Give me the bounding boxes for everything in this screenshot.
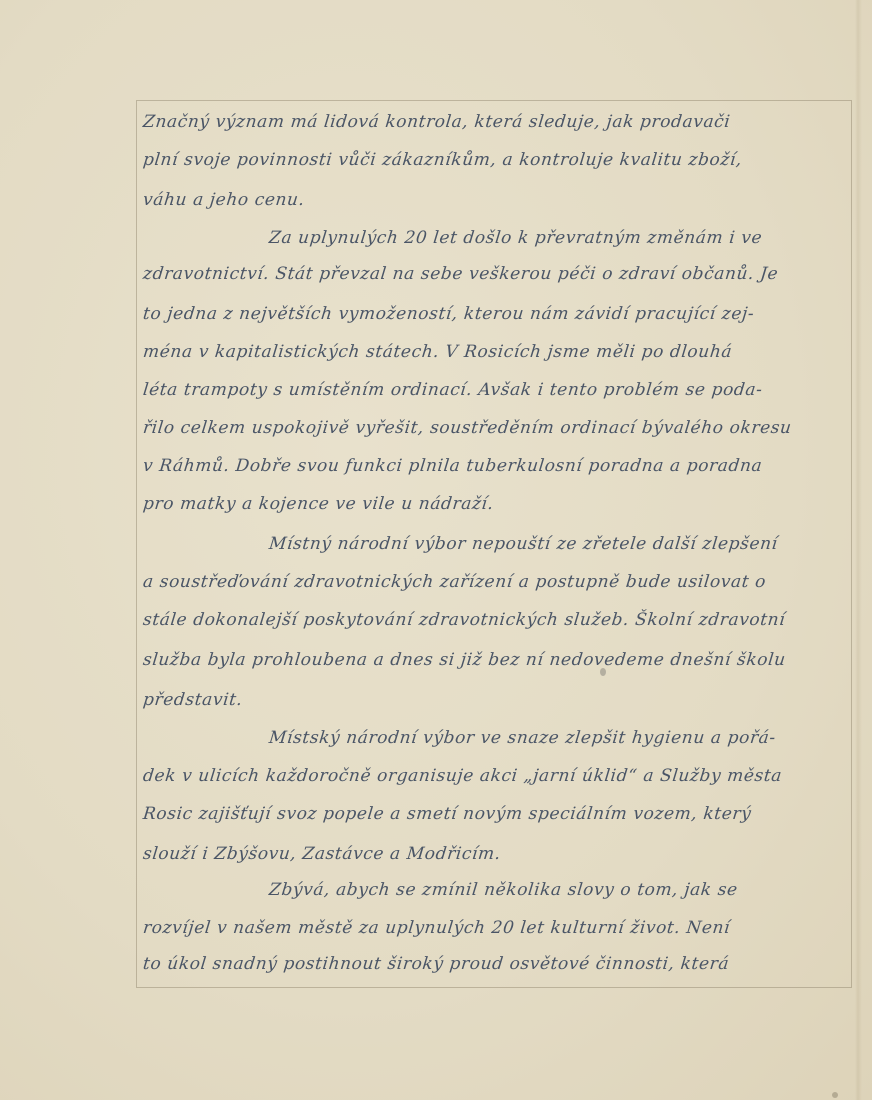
ink-smudge bbox=[600, 668, 606, 676]
paragraph-start-line: Místský národní výbor ve snaze zlepšit h… bbox=[268, 728, 777, 748]
text-line: v Ráhmů. Dobře svou funkci plnila tuberk… bbox=[142, 456, 763, 476]
text-line: váhu a jeho cenu. bbox=[142, 190, 306, 210]
paper-page: Značný význam má lidová kontrola, která … bbox=[0, 0, 872, 1100]
paragraph-start-line: Za uplynulých 20 let došlo k převratným … bbox=[268, 228, 763, 248]
text-line: to úkol snadný postihnout široký proud o… bbox=[142, 954, 730, 974]
text-line: slouží i Zbýšovu, Zastávce a Modřicím. bbox=[142, 844, 502, 864]
text-line: dek v ulicích každoročně organisuje akci… bbox=[142, 766, 783, 786]
text-line: zdravotnictví. Stát převzal na sebe vešk… bbox=[142, 264, 779, 284]
paragraph-start-line: Místný národní výbor nepouští ze zřetele… bbox=[268, 534, 779, 554]
text-line: stále dokonalejší poskytování zdravotnic… bbox=[142, 610, 786, 630]
text-line: plní svoje povinnosti vůči zákazníkům, a… bbox=[142, 150, 743, 170]
text-line: léta trampoty s umístěním ordinací. Avša… bbox=[142, 380, 764, 400]
text-line: rozvíjel v našem městě za uplynulých 20 … bbox=[142, 918, 731, 938]
paragraph-start-line: Zbývá, abych se zmínil několika slovy o … bbox=[268, 880, 739, 900]
paper-speck bbox=[832, 1092, 838, 1098]
text-line: řilo celkem uspokojivě vyřešit, soustřed… bbox=[142, 418, 793, 438]
text-line: pro matky a kojence ve vile u nádraží. bbox=[142, 494, 495, 514]
text-line: ména v kapitalistických státech. V Rosic… bbox=[142, 342, 733, 362]
text-line: představit. bbox=[142, 690, 244, 710]
text-line: to jedna z největších vymožeností, ktero… bbox=[142, 304, 755, 324]
text-line: služba byla prohloubena a dnes si již be… bbox=[142, 650, 787, 670]
text-line: Značný význam má lidová kontrola, která … bbox=[142, 112, 731, 132]
text-line: a soustřeďování zdravotnických zařízení … bbox=[142, 572, 767, 592]
text-line: Rosic zajišťují svoz popele a smetí nový… bbox=[142, 804, 752, 824]
